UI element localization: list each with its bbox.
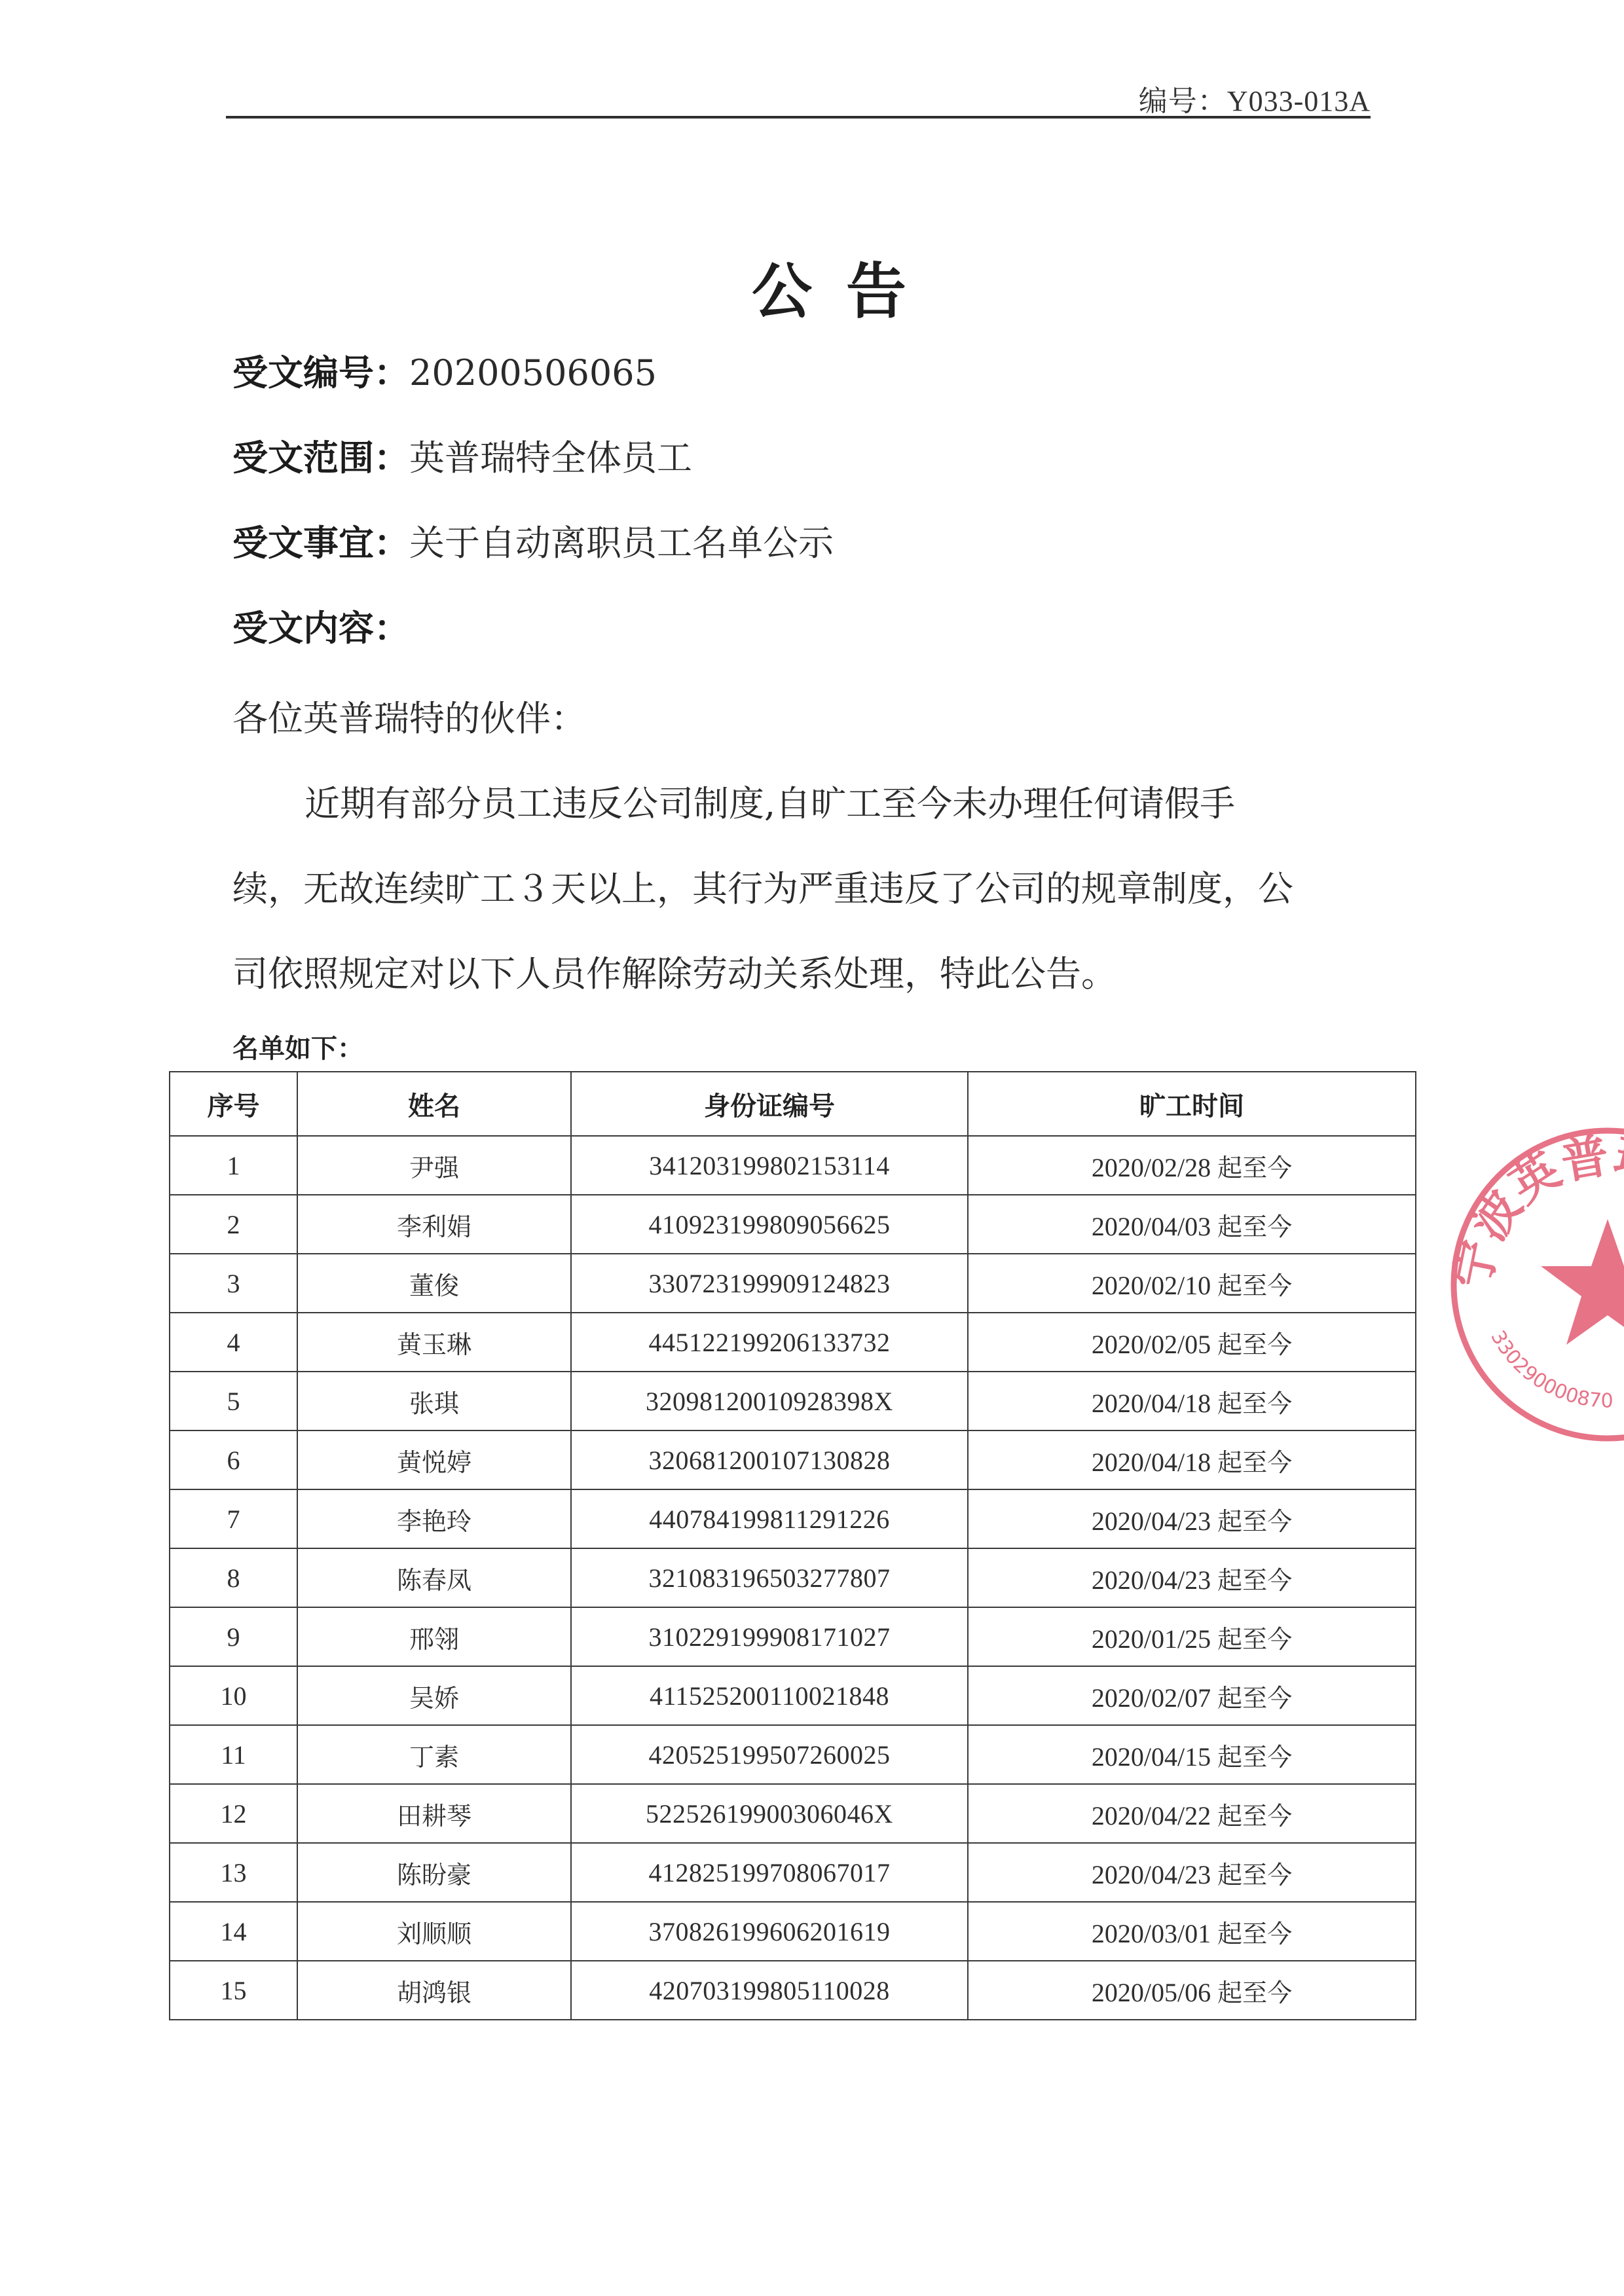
cell-name: 丁素	[297, 1725, 571, 1784]
meta-content: 受文内容：	[232, 606, 409, 651]
cell-absence-date: 2020/05/06 起至今	[968, 1961, 1416, 2020]
table-row: 7李艳玲4407841998112912262020/04/23 起至今	[170, 1489, 1416, 1548]
header-rule	[226, 116, 1371, 118]
cell-id-number: 321083196503277807	[571, 1548, 968, 1607]
cell-seq: 8	[170, 1548, 297, 1607]
absence-date-value: 2020/04/15	[1092, 1742, 1211, 1772]
cell-absence-date: 2020/04/15 起至今	[968, 1725, 1416, 1784]
table-row: 15胡鸿银4207031998051100282020/05/06 起至今	[170, 1961, 1416, 2020]
header-id: 身份证编号	[571, 1072, 968, 1136]
absence-date-value: 2020/03/01	[1092, 1919, 1211, 1948]
cell-id-number: 410923199809056625	[571, 1195, 968, 1254]
cell-seq: 2	[170, 1195, 297, 1254]
cell-seq: 13	[170, 1843, 297, 1902]
table-row: 5张琪32098120010928398X2020/04/18 起至今	[170, 1372, 1416, 1430]
paragraph-line-1: 近期有部分员工违反公司制度,自旷工至今未办理任何请假手	[304, 776, 1447, 826]
cell-name: 邢翎	[297, 1607, 571, 1666]
table-row: 3董俊3307231999091248232020/02/10 起至今	[170, 1254, 1416, 1313]
meta-value: 关于自动离职员工名单公示	[409, 522, 834, 564]
page-title: 公告	[0, 244, 1624, 330]
paragraph-line-2: 续，无故连续旷工３天以上，其行为严重违反了公司的规章制度，公	[232, 861, 1375, 911]
absence-date-value: 2020/04/23	[1092, 1860, 1211, 1889]
absence-date-suffix: 起至今	[1217, 1802, 1292, 1831]
absence-date-suffix: 起至今	[1217, 1684, 1292, 1713]
cell-seq: 15	[170, 1961, 297, 2020]
absence-date-value: 2020/05/06	[1092, 1978, 1211, 2007]
cell-id-number: 420525199507260025	[571, 1725, 968, 1784]
absence-date-value: 2020/02/10	[1092, 1271, 1211, 1300]
absence-date-value: 2020/04/23	[1092, 1506, 1211, 1536]
cell-seq: 4	[170, 1313, 297, 1372]
document-code-label: 编号：	[1139, 85, 1227, 117]
table-row: 1尹强3412031998021531142020/02/28 起至今	[170, 1136, 1416, 1195]
table-header-row: 序号 姓名 身份证编号 旷工时间	[170, 1072, 1416, 1136]
meta-value: 20200506065	[409, 352, 657, 393]
cell-absence-date: 2020/01/25 起至今	[968, 1607, 1416, 1666]
absence-date-suffix: 起至今	[1217, 1566, 1292, 1595]
cell-id-number: 412825199708067017	[571, 1843, 968, 1902]
cell-id-number: 411525200110021848	[571, 1666, 968, 1725]
meta-subject: 受文事宜：关于自动离职员工名单公示	[232, 520, 834, 566]
absence-date-suffix: 起至今	[1217, 1271, 1292, 1300]
absence-date-value: 2020/04/18	[1092, 1389, 1211, 1418]
cell-name: 黄悦婷	[297, 1430, 571, 1489]
table-row: 10吴娇4115252001100218482020/02/07 起至今	[170, 1666, 1416, 1725]
meta-value: 英普瑞特全体员工	[409, 437, 692, 479]
table-row: 2李利娟4109231998090566252020/04/03 起至今	[170, 1195, 1416, 1254]
absence-date-value: 2020/02/07	[1092, 1683, 1211, 1713]
cell-absence-date: 2020/04/23 起至今	[968, 1843, 1416, 1902]
cell-name: 李艳玲	[297, 1489, 571, 1548]
table-row: 12田耕琴52252619900306046X2020/04/22 起至今	[170, 1784, 1416, 1843]
cell-name: 黄玉琳	[297, 1313, 571, 1372]
table-row: 4黄玉琳4451221992061337322020/02/05 起至今	[170, 1313, 1416, 1372]
absence-date-value: 2020/04/23	[1092, 1565, 1211, 1595]
absence-date-suffix: 起至今	[1217, 1625, 1292, 1654]
absence-date-value: 2020/02/05	[1092, 1330, 1211, 1359]
cell-absence-date: 2020/04/18 起至今	[968, 1430, 1416, 1489]
cell-id-number: 52252619900306046X	[571, 1784, 968, 1843]
meta-label: 受文事宜：	[232, 522, 409, 564]
paragraph-line-3: 司依照规定对以下人员作解除劳动关系处理，特此公告。	[232, 946, 1375, 996]
cell-seq: 6	[170, 1430, 297, 1489]
cell-id-number: 310229199908171027	[571, 1607, 968, 1666]
cell-name: 胡鸿银	[297, 1961, 571, 2020]
cell-seq: 7	[170, 1489, 297, 1548]
cell-seq: 3	[170, 1254, 297, 1313]
cell-id-number: 32098120010928398X	[571, 1372, 968, 1430]
cell-absence-date: 2020/04/18 起至今	[968, 1372, 1416, 1430]
cell-id-number: 370826199606201619	[571, 1902, 968, 1961]
cell-seq: 12	[170, 1784, 297, 1843]
absence-date-suffix: 起至今	[1217, 1978, 1292, 2007]
absence-date-value: 2020/01/25	[1092, 1624, 1211, 1654]
absence-date-suffix: 起至今	[1217, 1448, 1292, 1477]
absence-date-suffix: 起至今	[1217, 1212, 1292, 1241]
absence-date-suffix: 起至今	[1217, 1861, 1292, 1889]
meta-document-number: 受文编号：20200506065	[232, 350, 657, 396]
meta-label: 受文范围：	[232, 437, 409, 479]
cell-absence-date: 2020/04/22 起至今	[968, 1784, 1416, 1843]
cell-absence-date: 2020/03/01 起至今	[968, 1902, 1416, 1961]
cell-id-number: 445122199206133732	[571, 1313, 968, 1372]
absence-date-suffix: 起至今	[1217, 1154, 1292, 1182]
table-row: 13陈盼豪4128251997080670172020/04/23 起至今	[170, 1843, 1416, 1902]
cell-seq: 11	[170, 1725, 297, 1784]
header-absence-date: 旷工时间	[968, 1072, 1416, 1136]
cell-name: 李利娟	[297, 1195, 571, 1254]
header-name: 姓名	[297, 1072, 571, 1136]
table-row: 8陈春凤3210831965032778072020/04/23 起至今	[170, 1548, 1416, 1607]
list-heading: 名单如下：	[232, 1028, 363, 1065]
cell-absence-date: 2020/04/23 起至今	[968, 1489, 1416, 1548]
table-row: 9邢翎3102291999081710272020/01/25 起至今	[170, 1607, 1416, 1666]
document-code-value: Y033-013A	[1227, 85, 1371, 117]
cell-absence-date: 2020/02/28 起至今	[968, 1136, 1416, 1195]
cell-id-number: 320681200107130828	[571, 1430, 968, 1489]
employee-table: 序号 姓名 身份证编号 旷工时间 1尹强34120319980215311420…	[169, 1071, 1416, 2020]
absence-date-value: 2020/04/18	[1092, 1448, 1211, 1477]
meta-scope: 受文范围：英普瑞特全体员工	[232, 435, 692, 481]
absence-date-suffix: 起至今	[1217, 1920, 1292, 1948]
cell-absence-date: 2020/02/07 起至今	[968, 1666, 1416, 1725]
cell-name: 董俊	[297, 1254, 571, 1313]
absence-date-suffix: 起至今	[1217, 1389, 1292, 1418]
absence-date-value: 2020/04/22	[1092, 1801, 1211, 1831]
company-seal-icon: 宁波英普瑞特 330290000870	[1444, 1121, 1624, 1448]
meta-label: 受文编号：	[232, 352, 409, 393]
cell-id-number: 420703199805110028	[571, 1961, 968, 2020]
document-code: 编号：Y033-013A	[1139, 77, 1371, 119]
cell-absence-date: 2020/04/03 起至今	[968, 1195, 1416, 1254]
cell-name: 田耕琴	[297, 1784, 571, 1843]
cell-seq: 1	[170, 1136, 297, 1195]
absence-date-suffix: 起至今	[1217, 1743, 1292, 1772]
cell-name: 尹强	[297, 1136, 571, 1195]
meta-label: 受文内容：	[232, 608, 409, 649]
absence-date-suffix: 起至今	[1217, 1330, 1292, 1359]
table-row: 6黄悦婷3206812001071308282020/04/18 起至今	[170, 1430, 1416, 1489]
cell-name: 张琪	[297, 1372, 571, 1430]
cell-name: 吴娇	[297, 1666, 571, 1725]
cell-name: 刘顺顺	[297, 1902, 571, 1961]
cell-name: 陈春凤	[297, 1548, 571, 1607]
cell-name: 陈盼豪	[297, 1843, 571, 1902]
table-row: 11丁素4205251995072600252020/04/15 起至今	[170, 1725, 1416, 1784]
cell-absence-date: 2020/02/05 起至今	[968, 1313, 1416, 1372]
cell-seq: 10	[170, 1666, 297, 1725]
cell-seq: 9	[170, 1607, 297, 1666]
absence-date-suffix: 起至今	[1217, 1507, 1292, 1536]
header-seq: 序号	[170, 1072, 297, 1136]
absence-date-value: 2020/02/28	[1092, 1153, 1211, 1182]
cell-seq: 14	[170, 1902, 297, 1961]
cell-id-number: 440784199811291226	[571, 1489, 968, 1548]
cell-id-number: 330723199909124823	[571, 1254, 968, 1313]
absence-date-value: 2020/04/03	[1092, 1212, 1211, 1241]
salutation: 各位英普瑞特的伙伴：	[232, 691, 1375, 741]
table-row: 14刘顺顺3708261996062016192020/03/01 起至今	[170, 1902, 1416, 1961]
cell-absence-date: 2020/04/23 起至今	[968, 1548, 1416, 1607]
cell-seq: 5	[170, 1372, 297, 1430]
cell-absence-date: 2020/02/10 起至今	[968, 1254, 1416, 1313]
cell-id-number: 341203199802153114	[571, 1136, 968, 1195]
